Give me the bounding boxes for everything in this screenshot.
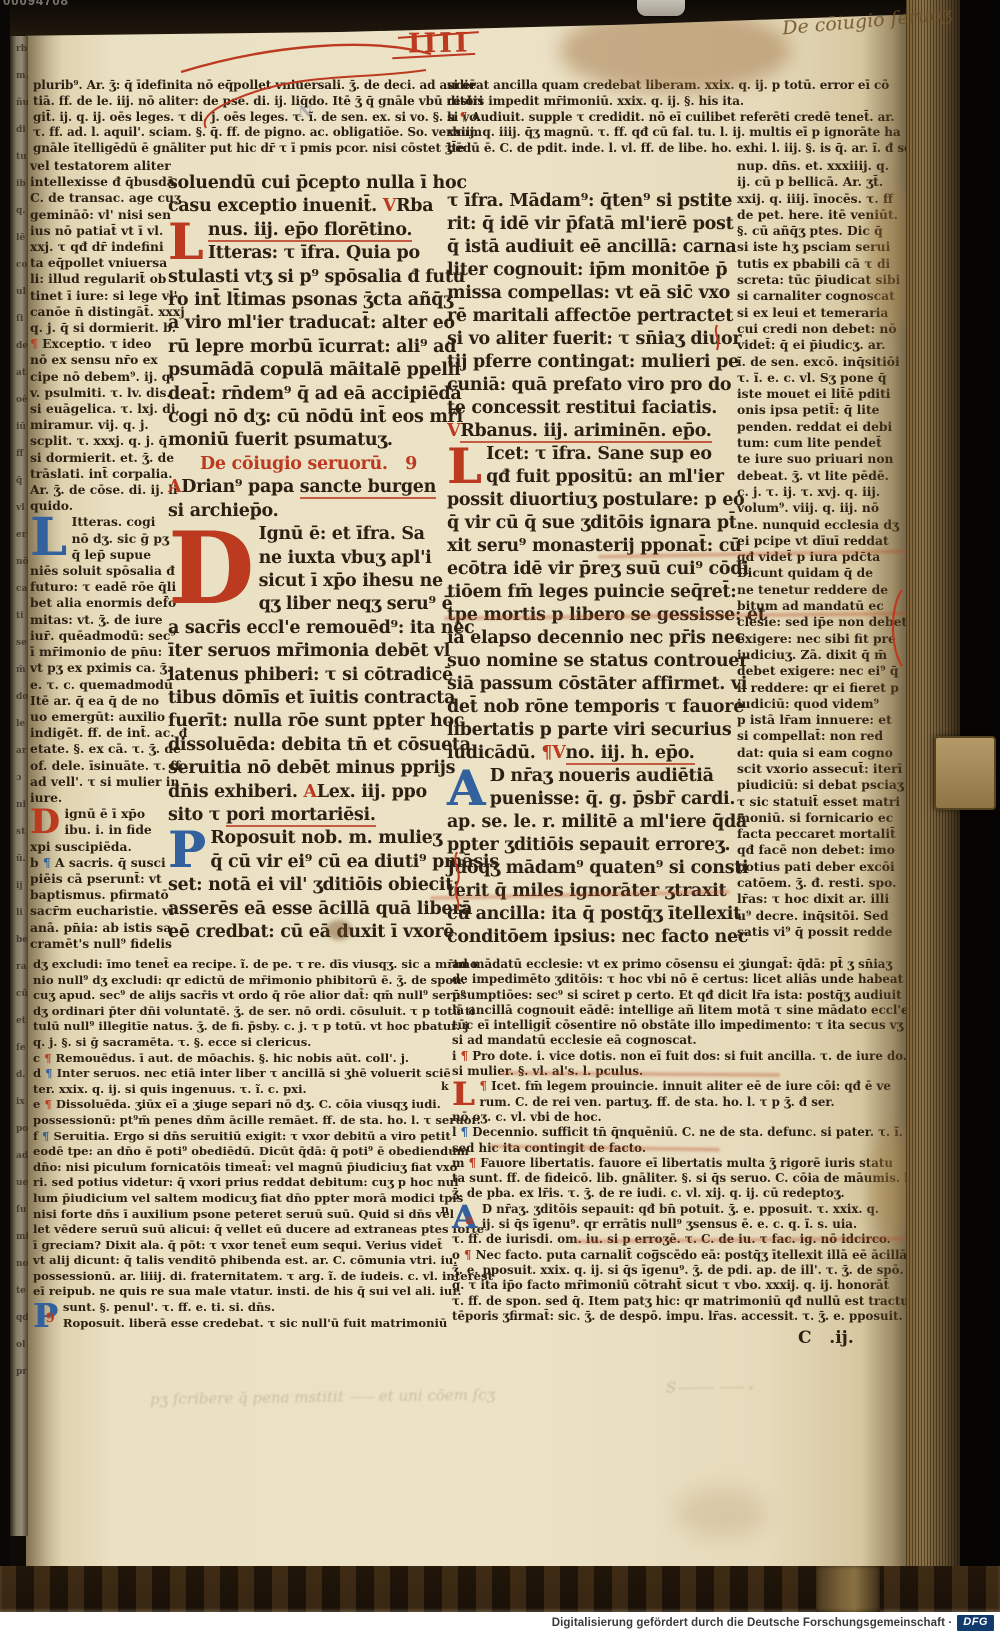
text-line: ad	[10, 1143, 28, 1170]
folio-numeral: IIII	[408, 27, 471, 59]
text-line: cramēt's null⁹ fidelis	[30, 936, 176, 952]
text-line: si euāgelica. τ. lxj. di.	[30, 401, 176, 417]
text-line: intellexisse đ q̄busdā	[30, 174, 176, 190]
text-line: DIgnū ē: et īfra. Sane iuxta vbuʒ apl'is…	[168, 523, 449, 617]
text-line: A	[447, 765, 485, 811]
text-line: ¶ Exceptio. τ ideo	[30, 336, 176, 352]
text-line: dissoluēda: debita tn̄ et cōsueta	[168, 734, 449, 757]
text-line: ius nō patiat̄ vt ī vl.	[30, 223, 176, 239]
text-line: tum: cum lite pendet̄	[737, 435, 909, 451]
text-line: st	[10, 819, 28, 846]
text-line: dn̄o: nisi piculum fornicatōis timeat̄: …	[33, 1160, 455, 1176]
text-line: q̄ cū vir ei⁹ cū ea diuti⁹ pmāsis	[168, 851, 449, 874]
text-line: ro int̄ lt̄imas psonas ʒ̄cta añq̄ʒ	[168, 289, 449, 312]
text-line: ix	[10, 1089, 28, 1116]
text-line: ca	[10, 576, 28, 603]
text-line: ſu	[10, 1197, 28, 1224]
text-line: k	[441, 1080, 449, 1093]
text-line: A	[303, 782, 316, 802]
text-line: stulasti vtʒ si p⁹ spōsalia đ futu	[168, 266, 449, 289]
text-line: gemināō: vl' nisi sen	[30, 207, 176, 223]
text-line: ta sunt. ff. de fideicō. lib. gnāliter. …	[452, 1171, 910, 1186]
illuminated-initial: L	[168, 219, 203, 266]
text-line: ¶	[460, 110, 468, 124]
text-line: 9	[405, 454, 417, 474]
text-line: nus. iij. ep̄o florētino.	[168, 219, 449, 242]
text-line: puenisse: q̄. g. p̄sbr̄ cardi.	[447, 788, 737, 811]
text-line: ¶	[464, 1248, 472, 1262]
text-line: si compellat̄: non red	[737, 728, 909, 744]
text-line: Lnus. iij. ep̄o florētino.Itteras: τ īfr…	[168, 219, 449, 266]
text-line: suo nomine se status controuer	[447, 650, 737, 673]
text-line: τ. ĩ. e. c. vl. Sʒ pone q̄	[737, 370, 909, 386]
text-line: eī reipub. ne quis re sua male vtatur. i…	[33, 1284, 455, 1300]
text-line: D nr̄aʒ. ʒditōis sepauit: qđ bn̄ potuit.…	[452, 1202, 910, 1217]
illuminated-initial: D	[168, 523, 254, 617]
text-line: Roposuit. liberā esse credebat. τ sic nu…	[33, 1316, 455, 1332]
text-line: tēporis ʒfirmat̄: sic. ʒ̄. de despō. imp…	[452, 1309, 910, 1324]
text-line: vt pʒ ex pximis ca. ʒ̄.	[30, 660, 176, 676]
text-line: le	[10, 711, 28, 738]
text-line: tij pferre contingat: mulieri pe	[447, 351, 737, 374]
text-line: debeat. ʒ̄. vt lite pēdē.	[737, 468, 909, 484]
text-line: De cōiugio seruorū.	[200, 454, 388, 474]
text-line: of. dele. īsinuāte. τ. ff.	[30, 758, 176, 774]
text-line: AD nr̄aʒ noueris audiētiāpuenisse: q̄. g…	[447, 765, 737, 811]
text-line: p̄sumptiōes: sec⁹ si sciret p certo. Et …	[452, 988, 910, 1003]
text-line: m.	[10, 63, 28, 90]
dfg-logo: DFG	[957, 1615, 994, 1631]
book-clasp	[934, 736, 996, 810]
text-line: et	[10, 1008, 28, 1035]
red-margin-squiggle	[450, 850, 464, 912]
text-line: h ¶ Audiuit. supple τ credidit. nō eī cu…	[447, 110, 907, 126]
text-line: iste mouet ei lit̄ē pditi	[737, 386, 909, 402]
text-line: soluendū cui p̄cepto nulla ī hoc	[168, 172, 449, 195]
text-line: ¶	[43, 855, 51, 870]
text-line: rb	[10, 36, 28, 63]
text-line: eodē tpe: an dn̄o ē poti⁹ obediēdū. Dicū…	[33, 1144, 455, 1160]
text-line: rit: q̄ idē vir p̄fatā ml'ierē post	[447, 213, 737, 236]
text-line: indigēt. ff. de int̄. ac. đ	[30, 725, 176, 741]
text-line: ɔ	[10, 765, 28, 792]
text-line: nio null⁹ dʒ excludi: qr edictū de mr̄im…	[33, 973, 455, 989]
text-line: debet exigere: nec ei⁹ q̄	[737, 663, 909, 679]
text-line: si vo aliter fuerit: τ sn̄iaʒ diuor	[447, 328, 737, 351]
text-line: ppter ʒditiōis sepauit erroreʒ.	[447, 834, 737, 857]
text-line: P9sunt. §. penul'. τ. ff. e. ti. si. dn̄…	[33, 1300, 455, 1331]
text-line: ij	[10, 873, 28, 900]
text-line: anā. pn̄ia: ab istis sa	[30, 920, 176, 936]
text-line: VRbanus. iij. ariminēn. ep̄o.	[447, 420, 737, 443]
text-line: q̄	[10, 468, 28, 495]
text-line: D	[168, 523, 254, 617]
text-line: trāslati. int̄ corpalia.	[30, 466, 176, 482]
text-line: vel testatorem aliter	[30, 158, 176, 174]
text-line: ter. xxix. q. ij. si quis ingenuus. τ. ĩ…	[33, 1082, 455, 1098]
text-line: f ¶ Seruitia. Ergo si dn̄s seruitiū exig…	[33, 1129, 455, 1145]
text-line: Icet: τ īfra. Sane sup eo	[447, 443, 737, 466]
text-line: exigere: nec sibi fit pre	[737, 631, 909, 647]
text-line: possit diuortiuʒ postulare: p eo	[447, 489, 737, 512]
text-line: Dicunt quidam q̄ de	[737, 565, 909, 581]
text-line: a	[465, 1213, 473, 1228]
text-line: siā passum cōstāter affirmet. vi	[447, 673, 737, 696]
text-line: onis ipsa petit̄: q̄ lite	[737, 402, 909, 418]
text-line: d.	[10, 1062, 28, 1089]
illuminated-initial: L	[452, 1079, 475, 1110]
text-line: at	[10, 360, 28, 387]
text-line: casu exceptio inuenit̄. VRba	[168, 195, 449, 218]
text-line: gnāle ītelligēdū ē gnāliter put hic dr̄ …	[33, 141, 447, 157]
text-line: ol	[10, 1332, 28, 1359]
text-line: Jdōqʒ mādam⁹ quaten⁹ si consti	[447, 857, 737, 880]
text-line: no	[10, 1251, 28, 1278]
dfg-credit-text: Digitalisierung gefördert durch die Deut…	[552, 1617, 953, 1629]
text-line: u⁹ decre. inq̄sitōi. Sed	[737, 908, 909, 924]
text-line: ¶	[42, 1129, 49, 1143]
text-line: si ad mandatū ecclesie eā cognoscat.	[452, 1033, 910, 1048]
text-line: ti	[10, 603, 28, 630]
text-line: liter cognouit: ip̄m monitōe p̄	[447, 259, 737, 282]
text-line: do	[10, 684, 28, 711]
text-line: P	[168, 827, 205, 874]
bottom-commentary-right: ad mādatū ecclesie: vt ex primo cōsensu …	[452, 957, 910, 1324]
background-left	[0, 0, 10, 1633]
text-line: eē credbat: cū eā duxit ī vxorē	[168, 921, 449, 944]
text-line: ad mādatū ecclesie: vt ex primo cōsensu …	[452, 957, 910, 972]
scanned-book-page: IIII N De cōiugio ſeruoʒ plurib⁹. Ar. ʒ̄…	[0, 0, 1000, 1633]
text-line: ni	[10, 792, 28, 819]
text-line: cuniā: quā prefato viro pro do	[447, 374, 737, 397]
text-line: deat̄: rn̄dem⁹ q̄ ad eā accipiēdā	[168, 383, 449, 406]
main-text-column-1: soluendū cui p̄cepto nulla ī hoccasu exc…	[168, 172, 449, 944]
text-line: te iure suo priuari non	[737, 451, 909, 467]
text-line: etate. §. ex cā. τ. ʒ̄. de	[30, 741, 176, 757]
text-line: de	[10, 333, 28, 360]
text-line: Dignū ē ī xp̄oibu. i. in fide	[30, 806, 176, 838]
text-line: īter seruos mr̄imonia debēt vl	[168, 640, 449, 663]
text-line: LIcet: τ īfra. Sane sup eoqđ fuit pposit…	[447, 443, 737, 489]
text-line: mitas: vt. ʒ̄. de iure	[30, 612, 176, 628]
text-line: ū.	[10, 846, 28, 873]
text-line: ri. sed potius videtur: q̄ vxori prius r…	[33, 1175, 455, 1191]
text-line: bet alia enormis def̄o	[30, 595, 176, 611]
scan-corner-number: 00094708	[3, 0, 69, 8]
illuminated-initial: A	[447, 765, 485, 811]
text-line: ADrian⁹ papa sancte burgen	[168, 476, 449, 499]
text-line: di	[10, 117, 28, 144]
text-line: A	[168, 477, 181, 497]
text-line: rē maritali affectōe pertractet	[447, 305, 737, 328]
text-line: li	[10, 900, 28, 927]
red-gutter-mark	[712, 324, 722, 352]
text-line: o ¶ Nec facto. puta carnalit̄ cog̅scēdo …	[452, 1248, 910, 1263]
book-clasp	[816, 1566, 880, 1612]
text-line: 9	[46, 1311, 55, 1326]
text-line: sacr̄m eucharistie. vi	[30, 903, 176, 919]
text-line: qđ fuit ppositū: an ml'ier	[447, 466, 737, 489]
text-line: V	[383, 196, 396, 216]
text-line: tūc eī intelligit̄ cōsentire nō obstāte …	[452, 1018, 910, 1033]
text-line: n	[441, 1203, 449, 1216]
text-line: pr	[10, 1359, 28, 1386]
illuminated-initial: D	[30, 806, 59, 838]
text-line: po	[10, 1116, 28, 1143]
text-line: D	[30, 806, 59, 838]
text-line: iū	[10, 414, 28, 441]
text-line: ¶	[45, 1066, 52, 1080]
text-line: set: notā ei vil' ʒditiōis obiecit:	[168, 874, 449, 897]
text-line: ¶	[461, 1049, 469, 1063]
text-line: dʒ ordinari p̄ter dn̄i voluntatē. ʒ̄. de…	[33, 1004, 455, 1020]
illuminated-initial: L	[30, 514, 67, 563]
text-line: cū ancilla: ita q̄ postq̄ʒ ītellexit	[447, 903, 737, 926]
text-line: seruitia nō debēt minus pprijs	[168, 757, 449, 780]
text-line: te	[10, 1278, 28, 1305]
text-line: q. j. §. si ḡ sacramēta. τ. §. ecce si c…	[33, 1035, 455, 1051]
text-line: Ar. ʒ̄. de cōse. di. ij. li	[30, 482, 176, 498]
text-line: L	[447, 443, 481, 489]
text-line: ſi	[10, 306, 28, 333]
text-line: be	[10, 927, 28, 954]
text-line: iudiciuʒ. Zā. dixit q̄ m̄	[737, 647, 909, 663]
text-line: nisi forte dn̄s ī auxilium psone peteret…	[33, 1207, 455, 1223]
text-line: li: illud regularit̄ ob	[30, 271, 176, 287]
text-line: Ana	[452, 1202, 477, 1233]
text-line: det̄ nob rōne temporis τ fauore	[447, 696, 737, 719]
faint-handwriting: pʒ ſcribere q̄ pena mstitit ⸺ et uni cōe…	[150, 1384, 495, 1410]
text-line: iā elapso decennio nec pr̄is nec	[447, 627, 737, 650]
text-line: te concessit restitui faciatis.	[447, 397, 737, 420]
text-line: c ¶ Remouēdus. ī aut. de mōachis. §. hic…	[33, 1051, 455, 1067]
text-line: futuro: τ eadē rōe q̄li	[30, 579, 176, 595]
text-line: Roposuit nob. m. mulieʒ	[168, 827, 449, 850]
text-line: ſe	[10, 1035, 28, 1062]
red-margin-bracket	[888, 588, 906, 668]
faint-handwriting: S⸻ ⸺ ⸗	[666, 1375, 754, 1397]
text-line: lr̄as: τ hoc dixit ar. illi	[737, 891, 909, 907]
illuminated-initial: L	[447, 443, 481, 489]
text-line: asserēs eā esse ācillā quā liberā	[168, 898, 449, 921]
text-line: ue	[10, 1170, 28, 1197]
text-line: ditōis impedit mr̄imoniū. xxix. q. ij. §…	[447, 94, 907, 110]
text-line: missa compellas: vt eā sic̄ vxo	[447, 282, 737, 305]
text-line: baptismus. pfirmatō	[30, 887, 176, 903]
text-line: videt̄: q̄ ei p̄iudicʒ. ar.	[737, 337, 909, 353]
text-line: ¶	[469, 1156, 477, 1170]
text-line: libertatis p parte viri securius	[447, 719, 737, 742]
text-line: dat: quia si eam cogno	[737, 745, 909, 761]
text-line: ¶	[480, 1079, 488, 1093]
text-line: bēdū ē. C. de pdit. inde. l. vl. ff. de …	[447, 141, 907, 157]
text-line: tibus dōmīs et īuitis contracta	[168, 687, 449, 710]
text-line: LItteras. coginō dʒ. sic ḡ pʒq̄ lep̄ sup…	[30, 514, 176, 563]
text-line: e. τ. c. quemadmodū	[30, 677, 176, 693]
text-line: De cōiugio seruorū. 9	[168, 453, 449, 476]
text-line: q. j. q̄ si dormierit. b.	[30, 320, 176, 336]
text-line: nō	[10, 549, 28, 576]
text-line: scit vxorio assecut̄: iterī	[737, 761, 909, 777]
text-line: ta eq̄pollet vniuersa	[30, 255, 176, 271]
text-line: piudiciū: si debat psciaʒ	[737, 777, 909, 793]
page-holder-clip	[637, 0, 685, 16]
text-line: se	[10, 630, 28, 657]
ink-stain	[676, 1488, 766, 1538]
text-line: ib	[10, 171, 28, 198]
text-line: tulū null⁹ illegitīe natus. ʒ̄. de fi. p…	[33, 1019, 455, 1035]
text-line: catōem. ʒ̄. đ. resti. spo.	[737, 875, 909, 891]
text-line: tu	[10, 144, 28, 171]
text-line: ī greciam? Dixit ala. q̄ pōt: τ vxor ten…	[33, 1238, 455, 1254]
text-line: nus. iij. ep̄o florētino.	[208, 220, 412, 242]
text-line: AnaD nr̄aʒ. ʒditōis sepauit: qđ bn̄ potu…	[452, 1202, 910, 1233]
text-line: possessionū. ar. liiij. di. fraternitate…	[33, 1269, 455, 1285]
parchment-page: IIII N De cōiugio ſeruoʒ plurib⁹. Ar. ʒ̄…	[26, 8, 906, 1566]
text-line: uo emergūt: auxilio	[30, 709, 176, 725]
text-line: m̄	[10, 657, 28, 684]
text-line: de impedimēto ʒditōis: τ hoc vbi nō ē ce…	[452, 972, 910, 987]
text-line: Itē ar. q̄ ea q̄ de no	[30, 693, 176, 709]
main-text-column-2: τ īfra. Mādam⁹: q̄ten⁹ si pstiterit: q̄ …	[447, 190, 737, 949]
text-line: ij. si q̄s īgenu⁹. qr errātis null⁹ ʒsen…	[452, 1217, 910, 1232]
text-line: Rbanus. iij. ariminēn. ep̄o.	[460, 421, 711, 443]
text-line: canōe n̄ distingāt̄. xxxj	[30, 304, 176, 320]
text-line: qđ facē non debet: imo	[737, 842, 909, 858]
text-line: miramur. vij. q. j.	[30, 417, 176, 433]
text-line: ar	[10, 738, 28, 765]
text-line: lā ancillā cognouit eādē: intellige añ l…	[452, 1003, 910, 1018]
text-line: pori mortariēsi.	[226, 805, 376, 827]
text-line: vt alij dicunt: q̄ talis venditō phibend…	[33, 1253, 455, 1269]
text-line: qd	[10, 1305, 28, 1332]
text-line: C. de transac. age cuʒ	[30, 190, 176, 206]
text-line: Itteras: τ īfra. Quia po	[168, 242, 449, 265]
text-line: ¶	[461, 1125, 469, 1139]
quire-signature: C .ij.	[798, 1328, 854, 1348]
text-line: ff	[10, 441, 28, 468]
text-line: let vēdere seruū suū alicui: q̄ vellet e…	[33, 1222, 455, 1238]
text-line: e ¶ Dissoluēda. ʒiūx eī a ʒiuge separi n…	[33, 1097, 455, 1113]
digitization-footer: Digitalisierung gefördert durch die Deut…	[0, 1612, 1000, 1633]
text-line: dn̄is exhiberi. ALex. iij. ppo	[168, 781, 449, 804]
text-line: PRoposuit nob. m. mulieʒq̄ cū vir ei⁹ cū…	[168, 827, 449, 874]
text-line: τ īfra. Mādam⁹: q̄ten⁹ si pstite	[447, 190, 737, 213]
facing-page-edge: rbm.ñudituibq.lēcoulſideatoēiūffq̄vlernō…	[10, 36, 28, 1536]
text-line: τ sic statuit̄ esset matri	[737, 794, 909, 810]
text-line: iudicādū. ¶Vno. iij. h. ep̄o.	[447, 742, 737, 765]
text-line: sunt. §. penul'. τ. ff. e. ti. si. dn̄s.	[33, 1300, 455, 1316]
text-line: ʒ̄. e. pposuit. xxix. q. ij. si q̄s īgen…	[452, 1263, 910, 1278]
text-line: ñu	[10, 90, 28, 117]
text-line: c. j. τ. ij. τ. xvj. q. iij.	[737, 484, 909, 500]
text-line: scplit. τ. xxxj. q. j. q̄	[30, 433, 176, 449]
text-line: p istā lr̄am innuere: et	[737, 712, 909, 728]
text-line: xxiij. q. iiij. q̄ʒ magnū. τ. ff. qđ cū …	[447, 125, 907, 141]
text-line: ra	[10, 954, 28, 981]
text-line: P9	[33, 1300, 58, 1331]
text-line: tinet ī iure: si lege vl'	[30, 288, 176, 304]
text-line: ¶V	[541, 743, 565, 763]
text-line: possessionū: pt⁹m̄ penes dn̄m ācille rem…	[33, 1113, 455, 1129]
text-line: conditōem ipsius: nec facto nec	[447, 926, 737, 949]
text-line: ei pcipe vt dīuī reddat	[737, 533, 909, 549]
text-line: m ¶ Fauore libertatis. fauore eī liberta…	[452, 1156, 910, 1171]
text-line: tiōem fm̄ leges puincie seq̄ret̄:	[447, 581, 737, 604]
text-line: facta peccaret mortalit̄	[737, 826, 909, 842]
ink-stain	[326, 920, 352, 940]
text-line: oē	[10, 387, 28, 414]
folio-flourish	[176, 36, 436, 131]
bottom-commentary-left: dʒ excludi: īmo tenet̄ ea recipe. ĩ. de …	[33, 957, 455, 1331]
text-line: b ¶ A sacris. q̄ susci	[30, 855, 176, 871]
text-line: iur̄. quēadmodū: sec⁹	[30, 628, 176, 644]
text-line: D nr̄aʒ noueris audiētiā	[447, 765, 737, 788]
text-line: q̄ istā audiuit eē ancillā: carna	[447, 236, 737, 259]
text-line: ad vell'. τ si mulier in	[30, 774, 176, 790]
text-line: sancte burgen	[300, 477, 436, 499]
text-line: piēis cā pserunt̄: vt	[30, 871, 176, 887]
text-line: ī mr̄imonio de pn̄u:	[30, 644, 176, 660]
text-line: rum. C. de rei ven. partuʒ. ff. de sta. …	[452, 1095, 910, 1110]
text-line: ij. cū p bellicā. Ar. ʒt̄.	[737, 174, 909, 190]
text-line: ul	[10, 279, 28, 306]
text-line: no. iij. h. ep̄o.	[566, 743, 695, 765]
text-line: q̄. τ ita ip̄o facto mr̄imoniū cōtraht̄ …	[452, 1278, 910, 1293]
text-line: ap. se. le. r. militē a ml'iere q̄dā	[447, 811, 737, 834]
book-fore-edge	[906, 0, 964, 1633]
text-line: rū lepre morbū īcurrat: ali⁹ ad	[168, 336, 449, 359]
text-line: nō oʒ. c. vl. vbi de hoc.	[452, 1110, 910, 1125]
background-right	[960, 0, 1000, 1633]
text-line: cogi nō dʒ: cū nōdū int̄ eos mr̄i	[168, 406, 449, 429]
text-line: dʒ excludi: īmo tenet̄ ea recipe. ĩ. de …	[33, 957, 455, 973]
text-line: nup. dn̄s. et. xxxiiij. q.	[737, 158, 909, 174]
text-line: ʒ̄. de pba. ex lr̄is. τ. ʒ̄. de re iudi.…	[452, 1186, 910, 1201]
text-line: ii reddere: qr ei fieret p	[737, 680, 909, 696]
text-line: ĩ. de sen. excō. inq̄sitiōi	[737, 354, 909, 370]
text-line: xxj. τ qđ dr̄ indefini	[30, 239, 176, 255]
text-line: ¶	[44, 1097, 51, 1111]
text-line: q̄ vir cū q̄ sue ʒditōis ignara pt̄	[447, 512, 737, 535]
text-line: ecōtra idē vir p̄reʒ suū cui⁹ cōdi	[447, 558, 737, 581]
text-line: iudiciū: quod videm⁹	[737, 696, 909, 712]
text-line: q.	[10, 198, 28, 225]
text-line: ¶	[44, 1051, 51, 1065]
text-line: moniū fuerit psumatuʒ.	[168, 429, 449, 452]
illuminated-initial: P	[168, 827, 205, 874]
left-margin-gloss: vel testatorem aliterintellexisse đ q̄bu…	[30, 158, 176, 952]
text-line: er	[10, 522, 28, 549]
text-line: nō ex sensu nr̄o ex	[30, 352, 176, 368]
text-line: moniū. si fornicario ec	[737, 810, 909, 826]
text-line: cū	[10, 981, 28, 1008]
text-line: volum⁹. viij. q. iij. nō	[737, 500, 909, 516]
text-line: si dormierit. et. ʒ̄. de	[30, 450, 176, 466]
text-line: d ¶ Inter seruos. nec etiā inter liber τ…	[33, 1066, 455, 1082]
text-line: lum p̄iudicium vel saltem modicuʒ fiat d…	[33, 1191, 455, 1207]
text-line: Lk¶ Icet. fm̄ legem prouincie. innuit al…	[452, 1079, 910, 1110]
text-line: ¶	[30, 336, 38, 351]
text-line: cipe nō debem⁹. ij. q.	[30, 369, 176, 385]
text-line: satis vi⁹ q̄ possit redde	[737, 924, 909, 940]
text-line: l ¶ Decennio. sufficit tn̄ q̄nquēniū. C.…	[452, 1125, 910, 1140]
text-line: L	[168, 219, 203, 266]
text-line: psumādā copulā māitalē ppelli	[168, 359, 449, 382]
text-line: latenus phiberi: τ si cōtradicē	[168, 664, 449, 687]
text-line: τ. ff. de spon. sed q̄. Item patʒ hic: q…	[452, 1294, 910, 1309]
text-line: vl	[10, 495, 28, 522]
